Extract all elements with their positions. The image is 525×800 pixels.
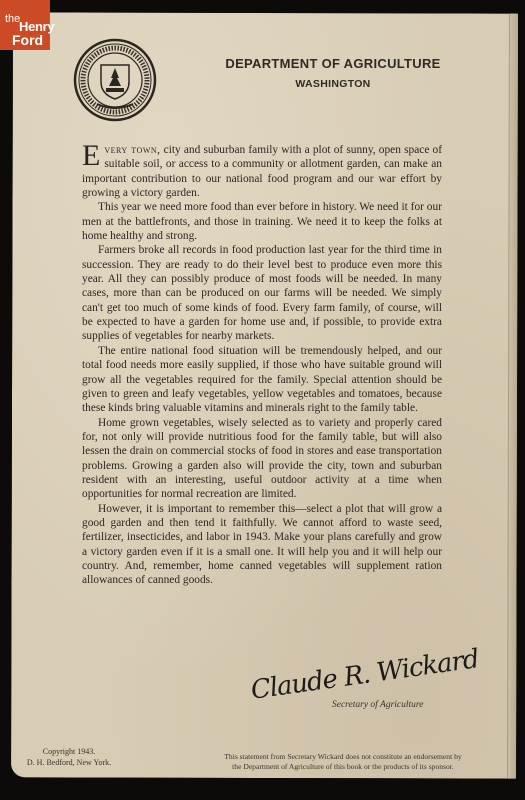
- opening-words: very town,: [104, 144, 160, 156]
- page-subtitle: WASHINGTON: [208, 78, 458, 90]
- disclaimer: This statement from Secretary Wickard do…: [188, 752, 498, 772]
- paragraph-6: However, it is important to remember thi…: [82, 502, 442, 588]
- letter-body: Every town, city and suburban family wit…: [82, 143, 442, 588]
- copyright-line-1: Copyright 1943.: [14, 746, 124, 757]
- paragraph-1: Every town, city and suburban family wit…: [82, 143, 442, 200]
- copyright-notice: Copyright 1943. D. H. Bedford, New York.: [14, 746, 124, 768]
- usda-seal-icon: [73, 38, 157, 122]
- paragraph-3: Farmers broke all records in food produc…: [82, 243, 442, 343]
- paragraph-2: This year we need more food than ever be…: [82, 200, 442, 243]
- logo-ford: Ford: [12, 32, 43, 48]
- page-title: DEPARTMENT OF AGRICULTURE: [208, 56, 458, 71]
- paragraph-4: The entire national food situation will …: [82, 344, 442, 416]
- copyright-line-2: D. H. Bedford, New York.: [14, 757, 124, 768]
- disclaimer-line-2: the Department of Agriculture of this bo…: [188, 762, 498, 772]
- henry-ford-logo: the Henry Ford: [0, 0, 50, 50]
- logo-the: the: [5, 13, 20, 25]
- signer-title: Secretary of Agriculture: [332, 700, 423, 710]
- paragraph-5: Home grown vegetables, wisely selected a…: [82, 416, 442, 502]
- page-edge: [507, 14, 518, 779]
- drop-cap: E: [82, 144, 100, 168]
- disclaimer-line-1: This statement from Secretary Wickard do…: [188, 752, 498, 762]
